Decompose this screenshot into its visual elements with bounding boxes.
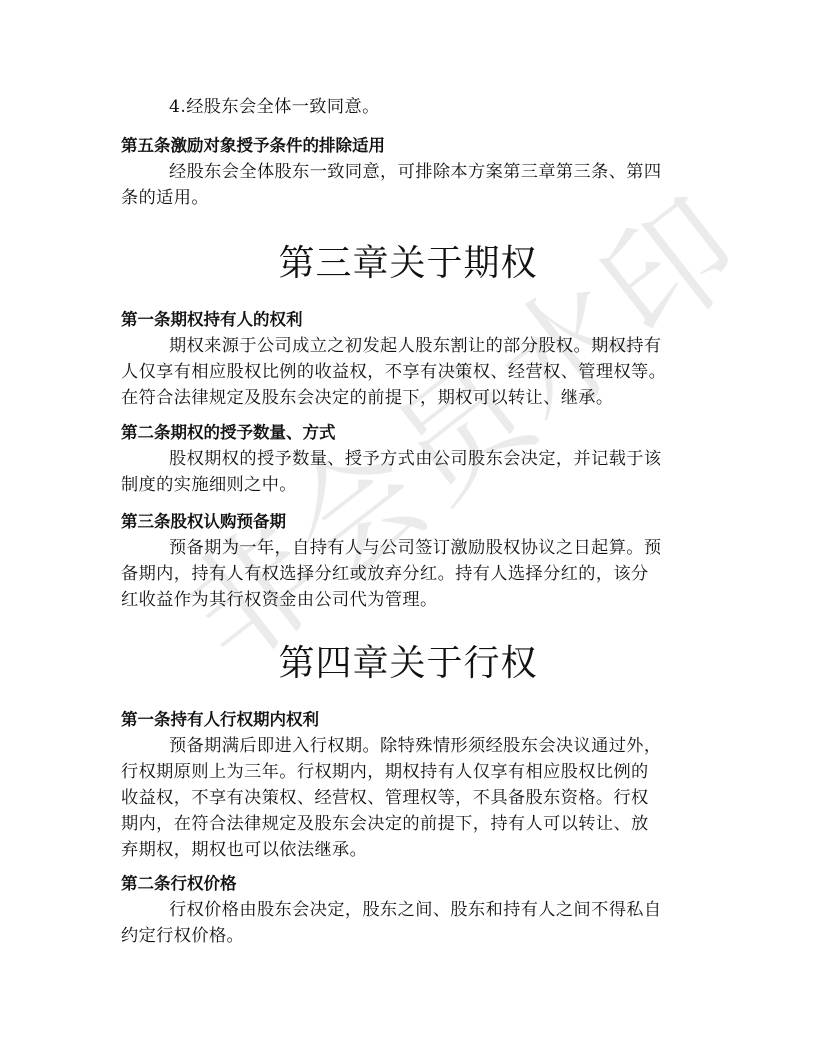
text-line: 期权来源于公司成立之初发起人股东割让的部分股权。期权持有 [121,333,693,359]
text-line: 弃期权，期权也可以依法继承。 [121,837,693,863]
text-line: 红收益作为其行权资金由公司代为管理。 [121,587,693,613]
chapter3-article-3: 第三条股权认购预备期 预备期为一年，自持有人与公司签订激励股权协议之日起算。预 … [121,510,693,613]
document-page: 非会员水印 4.经股东会全体一致同意。 第五条激励对象授予条件的排除适用 经股东… [0,0,816,1056]
list-item-4: 4.经股东会全体一致同意。 [121,94,693,120]
text-line: 行权价格由股东会决定，股东之间、股东和持有人之间不得私自 [121,897,693,923]
text-line: 股权期权的授予数量、授予方式由公司股东会决定，并记载于该 [121,446,693,472]
paragraph: 预备期满后即进入行权期。除特殊情形须经股东会决议通过外， 行权期原则上为三年。行… [121,733,693,863]
article-heading: 第一条期权持有人的权利 [121,308,693,332]
paragraph: 期权来源于公司成立之初发起人股东割让的部分股权。期权持有 人仅享有相应股权比例的… [121,333,693,411]
chapter4-article-1: 第一条持有人行权期内权利 预备期满后即进入行权期。除特殊情形须经股东会决议通过外… [121,708,693,863]
text-line: 行权期原则上为三年。行权期内，期权持有人仅享有相应股权比例的 [121,759,693,785]
article-heading: 第三条股权认购预备期 [121,510,693,534]
text-line: 在符合法律规定及股东会决定的前提下，期权可以转让、继承。 [121,385,693,411]
paragraph: 行权价格由股东会决定，股东之间、股东和持有人之间不得私自 约定行权价格。 [121,897,693,949]
chapter4-article-2: 第二条行权价格 行权价格由股东会决定，股东之间、股东和持有人之间不得私自 约定行… [121,872,693,949]
chapter-title: 第四章关于行权 [0,642,816,686]
chapter3-article-1: 第一条期权持有人的权利 期权来源于公司成立之初发起人股东割让的部分股权。期权持有… [121,308,693,411]
paragraph: 经股东会全体股东一致同意，可排除本方案第三章第三条、第四 条的适用。 [121,159,693,211]
paragraph: 预备期为一年，自持有人与公司签订激励股权协议之日起算。预 备期内，持有人有权选择… [121,535,693,613]
text-line: 预备期为一年，自持有人与公司签订激励股权协议之日起算。预 [121,535,693,561]
text-line: 收益权，不享有决策权、经营权、管理权等，不具备股东资格。行权 [121,785,693,811]
text-line: 人仅享有相应股权比例的收益权，不享有决策权、经营权、管理权等。 [121,359,693,385]
article-heading: 第二条行权价格 [121,872,693,896]
text-line: 经股东会全体股东一致同意，可排除本方案第三章第三条、第四 [121,159,693,185]
article-heading: 第一条持有人行权期内权利 [121,708,693,732]
article-heading: 第二条期权的授予数量、方式 [121,421,693,445]
paragraph: 股权期权的授予数量、授予方式由公司股东会决定，并记载于该 制度的实施细则之中。 [121,446,693,498]
chapter3-article-2: 第二条期权的授予数量、方式 股权期权的授予数量、授予方式由公司股东会决定，并记载… [121,421,693,498]
text-line: 预备期满后即进入行权期。除特殊情形须经股东会决议通过外， [121,733,693,759]
article-heading: 第五条激励对象授予条件的排除适用 [121,134,693,158]
article-5: 第五条激励对象授予条件的排除适用 经股东会全体股东一致同意，可排除本方案第三章第… [121,134,693,211]
text-line: 备期内，持有人有权选择分红或放弃分红。持有人选择分红的，该分 [121,561,693,587]
paragraph: 4.经股东会全体一致同意。 [121,94,693,120]
text-line: 期内，在符合法律规定及股东会决定的前提下，持有人可以转让、放 [121,811,693,837]
chapter-title: 第三章关于期权 [0,242,816,286]
text-line: 制度的实施细则之中。 [121,472,693,498]
text-line: 约定行权价格。 [121,923,693,949]
text-line: 条的适用。 [121,185,693,211]
